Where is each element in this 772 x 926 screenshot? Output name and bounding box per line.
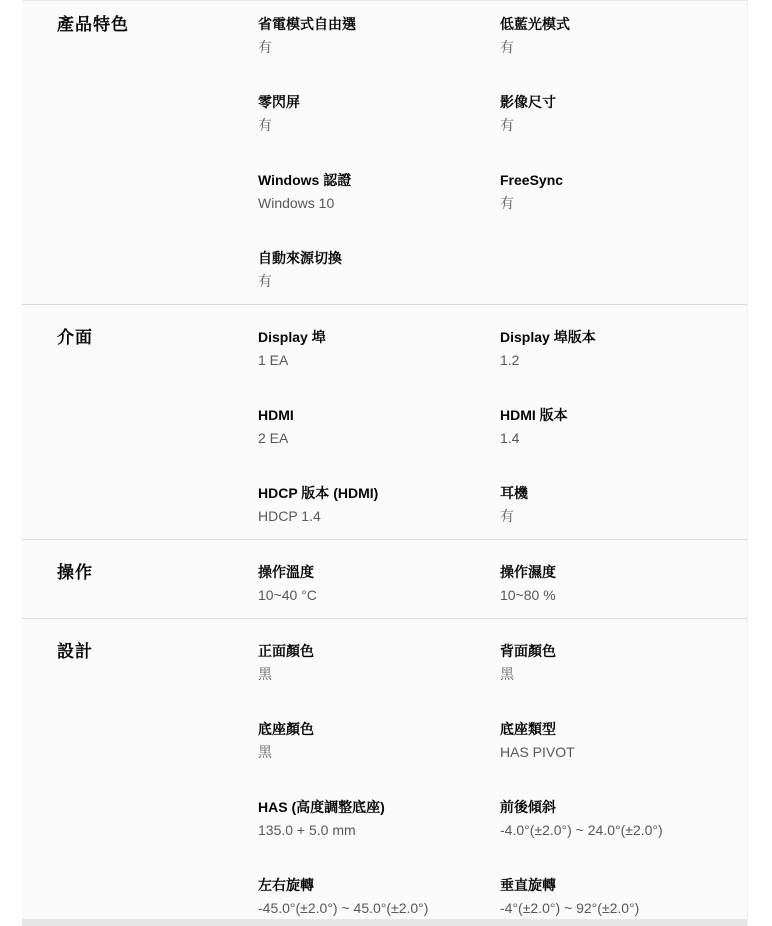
spec-row: 零閃屏 有 影像尺寸 有: [258, 92, 747, 136]
spec-item: 背面顏色 黑: [500, 641, 747, 685]
spec-value: HAS PIVOT: [500, 741, 747, 763]
spec-item: Display 埠版本 1.2: [500, 327, 747, 371]
spec-label: Windows 認證: [258, 170, 500, 191]
section-title-features: 產品特色: [57, 14, 258, 304]
product-spec-page: 產品特色 省電模式自由選 有 低藍光模式 有 零閃屏 有: [0, 0, 772, 926]
spec-section-operation: 操作 操作溫度 10~40 °C 操作濕度 10~80 %: [22, 539, 747, 618]
spec-label: 前後傾斜: [500, 797, 747, 818]
spec-item: 左右旋轉 -45.0°(±2.0°) ~ 45.0°(±2.0°): [258, 875, 500, 919]
spec-label: Display 埠: [258, 327, 500, 348]
spec-value: 有: [258, 114, 500, 136]
spec-item: Windows 認證 Windows 10: [258, 170, 500, 214]
spec-item: 影像尺寸 有: [500, 92, 747, 136]
spec-value: 有: [500, 192, 747, 214]
spec-value: -4°(±2.0°) ~ 92°(±2.0°): [500, 897, 747, 919]
spec-row: HDMI 2 EA HDMI 版本 1.4: [258, 405, 747, 449]
spec-value: 10~40 °C: [258, 584, 500, 606]
spec-item-empty: [500, 248, 747, 292]
section-rows: 操作溫度 10~40 °C 操作濕度 10~80 %: [258, 562, 747, 618]
spec-label: 操作濕度: [500, 562, 747, 583]
spec-item: FreeSync 有: [500, 170, 747, 214]
spec-row: 底座顏色 黑 底座類型 HAS PIVOT: [258, 719, 747, 763]
section-title-design: 設計: [57, 641, 258, 926]
spec-row: HAS (高度調整底座) 135.0 + 5.0 mm 前後傾斜 -4.0°(±…: [258, 797, 747, 841]
spec-table: 產品特色 省電模式自由選 有 低藍光模式 有 零閃屏 有: [22, 0, 748, 926]
spec-label: 正面顏色: [258, 641, 500, 662]
spec-label: 低藍光模式: [500, 14, 747, 35]
spec-item: HDCP 版本 (HDMI) HDCP 1.4: [258, 483, 500, 527]
spec-item: 耳機 有: [500, 483, 747, 527]
spec-value: 有: [500, 505, 747, 527]
spec-row: 省電模式自由選 有 低藍光模式 有: [258, 14, 747, 58]
spec-value: 1.4: [500, 427, 747, 449]
spec-item: 垂直旋轉 -4°(±2.0°) ~ 92°(±2.0°): [500, 875, 747, 919]
spec-value: 有: [258, 270, 500, 292]
spec-value: HDCP 1.4: [258, 505, 500, 527]
spec-row: 操作溫度 10~40 °C 操作濕度 10~80 %: [258, 562, 747, 606]
spec-label: FreeSync: [500, 170, 747, 191]
spec-item: 操作濕度 10~80 %: [500, 562, 747, 606]
spec-item: 正面顏色 黑: [258, 641, 500, 685]
spec-item: HDMI 2 EA: [258, 405, 500, 449]
spec-item: 省電模式自由選 有: [258, 14, 500, 58]
spec-label: 零閃屏: [258, 92, 500, 113]
spec-label: 省電模式自由選: [258, 14, 500, 35]
spec-label: HDMI: [258, 405, 500, 426]
spec-item: 零閃屏 有: [258, 92, 500, 136]
spec-label: 垂直旋轉: [500, 875, 747, 896]
spec-label: 底座類型: [500, 719, 747, 740]
spec-label: HDMI 版本: [500, 405, 747, 426]
spec-label: HDCP 版本 (HDMI): [258, 483, 500, 504]
spec-item: 底座類型 HAS PIVOT: [500, 719, 747, 763]
spec-label: 操作溫度: [258, 562, 500, 583]
spec-label: 底座顏色: [258, 719, 500, 740]
spec-value: 2 EA: [258, 427, 500, 449]
spec-value: 10~80 %: [500, 584, 747, 606]
spec-value: Windows 10: [258, 192, 500, 214]
spec-value: -45.0°(±2.0°) ~ 45.0°(±2.0°): [258, 897, 500, 919]
spec-value: 有: [500, 36, 747, 58]
spec-section-interface: 介面 Display 埠 1 EA Display 埠版本 1.2 HDMI: [22, 304, 747, 539]
section-rows: 省電模式自由選 有 低藍光模式 有 零閃屏 有 影像尺寸 有: [258, 14, 747, 304]
spec-item: Display 埠 1 EA: [258, 327, 500, 371]
spec-item: 底座顏色 黑: [258, 719, 500, 763]
spec-section-design: 設計 正面顏色 黑 背面顏色 黑 底座顏色 黑: [22, 618, 747, 926]
spec-row: Windows 認證 Windows 10 FreeSync 有: [258, 170, 747, 214]
spec-item: HAS (高度調整底座) 135.0 + 5.0 mm: [258, 797, 500, 841]
section-title-interface: 介面: [57, 327, 258, 539]
section-rows: Display 埠 1 EA Display 埠版本 1.2 HDMI 2 EA…: [258, 327, 747, 539]
spec-row: 左右旋轉 -45.0°(±2.0°) ~ 45.0°(±2.0°) 垂直旋轉 -…: [258, 875, 747, 919]
spec-item: HDMI 版本 1.4: [500, 405, 747, 449]
spec-row: 自動來源切換 有: [258, 248, 747, 292]
spec-label: 耳機: [500, 483, 747, 504]
spec-item: 低藍光模式 有: [500, 14, 747, 58]
spec-label: 背面顏色: [500, 641, 747, 662]
spec-value: 黑: [500, 663, 747, 685]
spec-value: -4.0°(±2.0°) ~ 24.0°(±2.0°): [500, 819, 747, 841]
spec-item: 自動來源切換 有: [258, 248, 500, 292]
spec-label: HAS (高度調整底座): [258, 797, 500, 818]
spec-value: 1 EA: [258, 349, 500, 371]
spec-item: 操作溫度 10~40 °C: [258, 562, 500, 606]
spec-value: 黑: [258, 741, 500, 763]
spec-value: 135.0 + 5.0 mm: [258, 819, 500, 841]
spec-row: HDCP 版本 (HDMI) HDCP 1.4 耳機 有: [258, 483, 747, 527]
spec-item: 前後傾斜 -4.0°(±2.0°) ~ 24.0°(±2.0°): [500, 797, 747, 841]
spec-value: 有: [500, 114, 747, 136]
spec-label: 影像尺寸: [500, 92, 747, 113]
spec-label: 自動來源切換: [258, 248, 500, 269]
spec-value: 1.2: [500, 349, 747, 371]
spec-value: 有: [258, 36, 500, 58]
section-title-operation: 操作: [57, 562, 258, 618]
spec-value: 黑: [258, 663, 500, 685]
section-rows: 正面顏色 黑 背面顏色 黑 底座顏色 黑 底座類型 HAS PI: [258, 641, 747, 926]
spec-row: 正面顏色 黑 背面顏色 黑: [258, 641, 747, 685]
footer-band: [22, 919, 747, 926]
spec-section-features: 產品特色 省電模式自由選 有 低藍光模式 有 零閃屏 有: [22, 1, 747, 304]
spec-label: 左右旋轉: [258, 875, 500, 896]
spec-label: Display 埠版本: [500, 327, 747, 348]
spec-row: Display 埠 1 EA Display 埠版本 1.2: [258, 327, 747, 371]
